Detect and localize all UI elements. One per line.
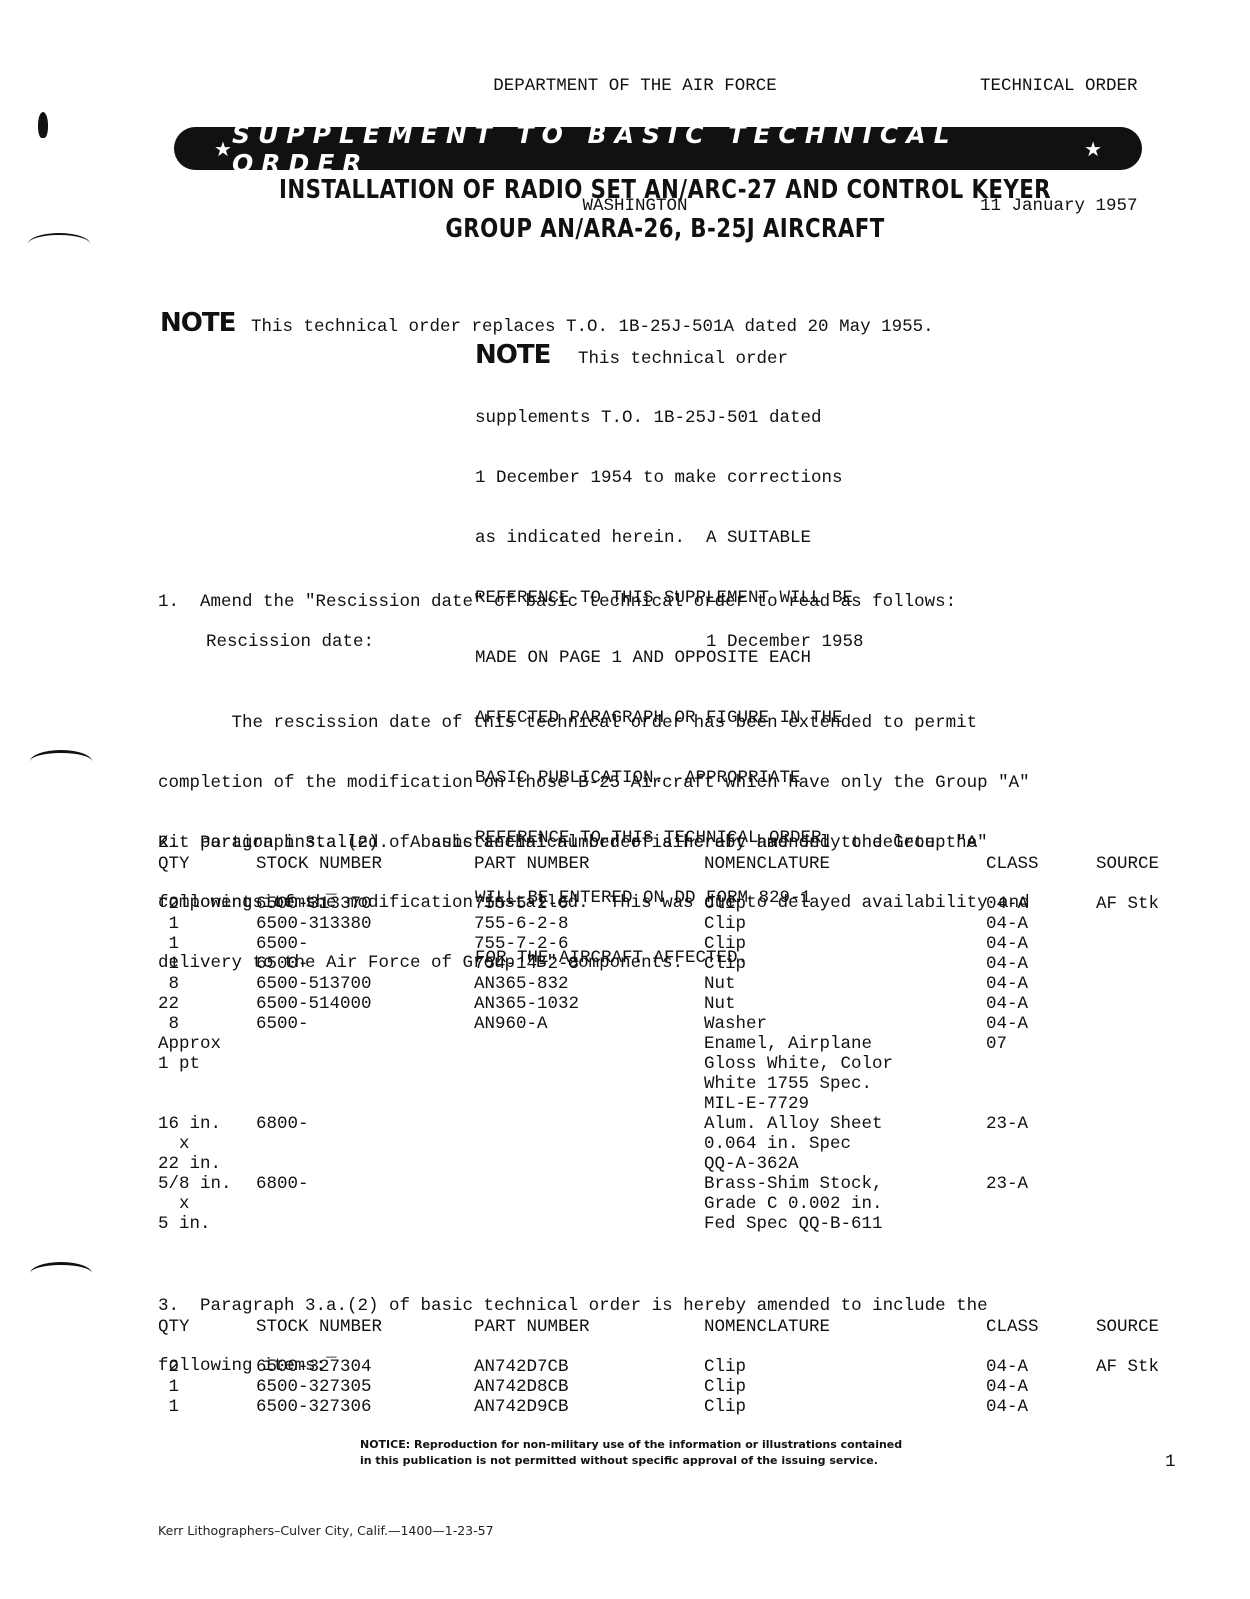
table-row: 26500-327304AN742D7CBClip04-AAF Stk bbox=[158, 1357, 1186, 1377]
table-row: 86500-513700AN365-832Nut04-A bbox=[158, 974, 1186, 994]
cell-source bbox=[1096, 1397, 1186, 1417]
body-line: completion of the modification on those … bbox=[158, 773, 1030, 793]
binding-hole-arc-2 bbox=[30, 750, 92, 773]
note-text: This technical order replaces T.O. 1B-25… bbox=[251, 317, 934, 337]
notice-line: NOTICE: Reproduction for non-military us… bbox=[360, 1437, 902, 1453]
rescission-value: 1 December 1958 bbox=[706, 632, 864, 652]
cell-qty: 5/8 in. x 5 in. bbox=[158, 1174, 256, 1234]
cell-source bbox=[1096, 934, 1186, 954]
note-replaces: NOTE This technical order replaces T.O. … bbox=[160, 308, 934, 338]
cell-part-number: AN742D9CB bbox=[474, 1397, 704, 1417]
col-qty: QTY bbox=[158, 1317, 256, 1357]
table-row: 26500-313370755-5-2-6Clip04-AAF Stk bbox=[158, 894, 1186, 914]
cell-part-number: AN960-A bbox=[474, 1014, 704, 1034]
page-number: 1 bbox=[1165, 1452, 1176, 1472]
cell-part-number: 755-6-2-8 bbox=[474, 914, 704, 934]
cell-stock-number: 6500-313380 bbox=[256, 914, 474, 934]
cell-class: 04-A bbox=[986, 914, 1096, 934]
star-icon: ★ bbox=[1084, 137, 1102, 161]
cell-stock-number: 6800- bbox=[256, 1174, 474, 1234]
printer-imprint: Kerr Lithographers–Culver City, Calif.—1… bbox=[158, 1523, 494, 1538]
cell-class: 04-A bbox=[986, 1377, 1096, 1397]
table-header-row: QTY STOCK NUMBER PART NUMBER NOMENCLATUR… bbox=[158, 854, 1186, 894]
binding-hole-arc-1 bbox=[28, 233, 90, 255]
cell-source bbox=[1096, 994, 1186, 1014]
cell-part-number: 755-7-2-6 bbox=[474, 934, 704, 954]
table-row: Approx 1 ptEnamel, Airplane Gloss White,… bbox=[158, 1034, 1186, 1114]
cell-part-number: AN365-1032 bbox=[474, 994, 704, 1014]
cell-qty: 1 bbox=[158, 914, 256, 934]
order-type: TECHNICAL ORDER bbox=[980, 76, 1138, 96]
note-label: NOTE bbox=[160, 308, 235, 338]
note-line: 1 December 1954 to make corrections bbox=[475, 468, 853, 488]
note-text: This technical order bbox=[578, 349, 788, 369]
rescission-label: Rescission date: bbox=[206, 632, 374, 652]
binding-hole-arc-3 bbox=[30, 1262, 92, 1285]
cell-class: 04-A bbox=[986, 954, 1096, 974]
cell-nomenclature: Clip bbox=[704, 934, 986, 954]
cell-nomenclature: Alum. Alloy Sheet 0.064 in. Spec QQ-A-36… bbox=[704, 1114, 986, 1174]
cell-source bbox=[1096, 954, 1186, 974]
cell-qty: 2 bbox=[158, 894, 256, 914]
col-stock-number: STOCK NUMBER bbox=[256, 854, 474, 894]
cell-class: 04-A bbox=[986, 1014, 1096, 1034]
cell-stock-number: 6500- bbox=[256, 934, 474, 954]
cell-source: AF Stk bbox=[1096, 894, 1186, 914]
note-label: NOTE bbox=[475, 340, 550, 370]
cell-stock-number: 6500-327304 bbox=[256, 1357, 474, 1377]
cell-source bbox=[1096, 974, 1186, 994]
cell-qty: Approx 1 pt bbox=[158, 1034, 256, 1114]
cell-stock-number bbox=[256, 1034, 474, 1114]
cell-class: 04-A bbox=[986, 934, 1096, 954]
cell-class: 07 bbox=[986, 1034, 1096, 1114]
cell-qty: 16 in. x 22 in. bbox=[158, 1114, 256, 1174]
cell-qty: 8 bbox=[158, 1014, 256, 1034]
notice-line: in this publication is not permitted wit… bbox=[360, 1453, 902, 1469]
reproduction-notice: NOTICE: Reproduction for non-military us… bbox=[360, 1437, 902, 1469]
banner-label: SUPPLEMENT TO BASIC TECHNICAL ORDER bbox=[232, 120, 1084, 178]
cell-qty: 1 bbox=[158, 1397, 256, 1417]
cell-nomenclature: Washer bbox=[704, 1014, 986, 1034]
table-row: 86500-AN960-AWasher04-A bbox=[158, 1014, 1186, 1034]
note-line: as indicated herein. A SUITABLE bbox=[475, 528, 853, 548]
cell-stock-number: 6800- bbox=[256, 1114, 474, 1174]
cell-part-number bbox=[474, 1114, 704, 1174]
col-part-number: PART NUMBER bbox=[474, 1317, 704, 1357]
cell-class: 23-A bbox=[986, 1174, 1096, 1234]
cell-nomenclature: Clip bbox=[704, 954, 986, 974]
cell-part-number: AN742D8CB bbox=[474, 1377, 704, 1397]
cell-class: 04-A bbox=[986, 1357, 1096, 1377]
header-line: DEPARTMENT OF THE AIR FORCE bbox=[400, 76, 870, 96]
col-nomenclature: NOMENCLATURE bbox=[704, 854, 986, 894]
cell-stock-number: 6500-327305 bbox=[256, 1377, 474, 1397]
cell-nomenclature: Clip bbox=[704, 1357, 986, 1377]
cell-class: 04-A bbox=[986, 1397, 1096, 1417]
table-row: 16500-327305AN742D8CBClip04-A bbox=[158, 1377, 1186, 1397]
cell-part-number: AN742D7CB bbox=[474, 1357, 704, 1377]
cell-nomenclature: Clip bbox=[704, 1397, 986, 1417]
cell-nomenclature: Nut bbox=[704, 994, 986, 1014]
deleted-items-table: QTY STOCK NUMBER PART NUMBER NOMENCLATUR… bbox=[158, 854, 1186, 1234]
document-title-line-2: GROUP AN/ARA-26, B-25J AIRCRAFT bbox=[259, 214, 1071, 244]
col-part-number: PART NUMBER bbox=[474, 854, 704, 894]
cell-source bbox=[1096, 1377, 1186, 1397]
cell-nomenclature: Enamel, Airplane Gloss White, Color Whit… bbox=[704, 1034, 986, 1114]
included-items-table: QTY STOCK NUMBER PART NUMBER NOMENCLATUR… bbox=[158, 1317, 1186, 1417]
note-line: supplements T.O. 1B-25J-501 dated bbox=[475, 408, 853, 428]
table-row: 16500-327306AN742D9CBClip04-A bbox=[158, 1397, 1186, 1417]
table-row: 5/8 in. x 5 in.6800-Brass-Shim Stock, Gr… bbox=[158, 1174, 1186, 1234]
cell-part-number bbox=[474, 1034, 704, 1114]
cell-stock-number: 6500-513700 bbox=[256, 974, 474, 994]
table-row: 226500-514000AN365-1032Nut04-A bbox=[158, 994, 1186, 1014]
cell-part-number: 755-5-2-6 bbox=[474, 894, 704, 914]
cell-stock-number: 6500-327306 bbox=[256, 1397, 474, 1417]
cell-part-number: 754-14-2-8 bbox=[474, 954, 704, 974]
cell-source bbox=[1096, 1014, 1186, 1034]
cell-stock-number: 6500- bbox=[256, 1014, 474, 1034]
cell-nomenclature: Brass-Shim Stock, Grade C 0.002 in. Fed … bbox=[704, 1174, 986, 1234]
paragraph-1-heading: 1. Amend the "Rescission date" of basic … bbox=[158, 592, 956, 612]
cell-qty: 22 bbox=[158, 994, 256, 1014]
cell-class: 04-A bbox=[986, 994, 1096, 1014]
col-stock-number: STOCK NUMBER bbox=[256, 1317, 474, 1357]
cell-part-number bbox=[474, 1174, 704, 1234]
table-row: 16 in. x 22 in.6800-Alum. Alloy Sheet 0.… bbox=[158, 1114, 1186, 1174]
cell-source: AF Stk bbox=[1096, 1357, 1186, 1377]
cell-nomenclature: Clip bbox=[704, 1377, 986, 1397]
col-class: CLASS bbox=[986, 1317, 1096, 1357]
col-nomenclature: NOMENCLATURE bbox=[704, 1317, 986, 1357]
cell-qty: 1 bbox=[158, 934, 256, 954]
cell-source bbox=[1096, 1174, 1186, 1234]
cell-nomenclature: Clip bbox=[704, 894, 986, 914]
table-row: 16500-755-7-2-6Clip04-A bbox=[158, 934, 1186, 954]
cell-class: 04-A bbox=[986, 974, 1096, 994]
table-row: 16500-754-14-2-8Clip04-A bbox=[158, 954, 1186, 974]
supplement-banner: ★ SUPPLEMENT TO BASIC TECHNICAL ORDER ★ bbox=[174, 127, 1142, 170]
body-line: The rescission date of this technical or… bbox=[158, 713, 1030, 733]
cell-stock-number: 6500-514000 bbox=[256, 994, 474, 1014]
col-source: SOURCE bbox=[1096, 1317, 1186, 1357]
document-title-line-1: INSTALLATION OF RADIO SET AN/ARC-27 AND … bbox=[259, 175, 1071, 205]
cell-nomenclature: Nut bbox=[704, 974, 986, 994]
col-qty: QTY bbox=[158, 854, 256, 894]
cell-source bbox=[1096, 1114, 1186, 1174]
cell-stock-number: 6500-313370 bbox=[256, 894, 474, 914]
cell-qty: 1 bbox=[158, 1377, 256, 1397]
col-source: SOURCE bbox=[1096, 854, 1186, 894]
star-icon: ★ bbox=[214, 137, 232, 161]
body-line: 2. Paragraph 3.a.(2) of basic technical … bbox=[158, 833, 977, 853]
table-header-row: QTY STOCK NUMBER PART NUMBER NOMENCLATUR… bbox=[158, 1317, 1186, 1357]
cell-qty: 8 bbox=[158, 974, 256, 994]
col-class: CLASS bbox=[986, 854, 1096, 894]
table-row: 16500-313380755-6-2-8Clip04-A bbox=[158, 914, 1186, 934]
cell-stock-number: 6500- bbox=[256, 954, 474, 974]
cell-source bbox=[1096, 1034, 1186, 1114]
cell-part-number: AN365-832 bbox=[474, 974, 704, 994]
body-line: 3. Paragraph 3.a.(2) of basic technical … bbox=[158, 1296, 988, 1316]
cell-class: 04-A bbox=[986, 894, 1096, 914]
cell-nomenclature: Clip bbox=[704, 914, 986, 934]
cell-class: 23-A bbox=[986, 1114, 1096, 1174]
cell-qty: 2 bbox=[158, 1357, 256, 1377]
cell-source bbox=[1096, 914, 1186, 934]
binding-mark-blot bbox=[38, 112, 48, 138]
cell-qty: 1 bbox=[158, 954, 256, 974]
